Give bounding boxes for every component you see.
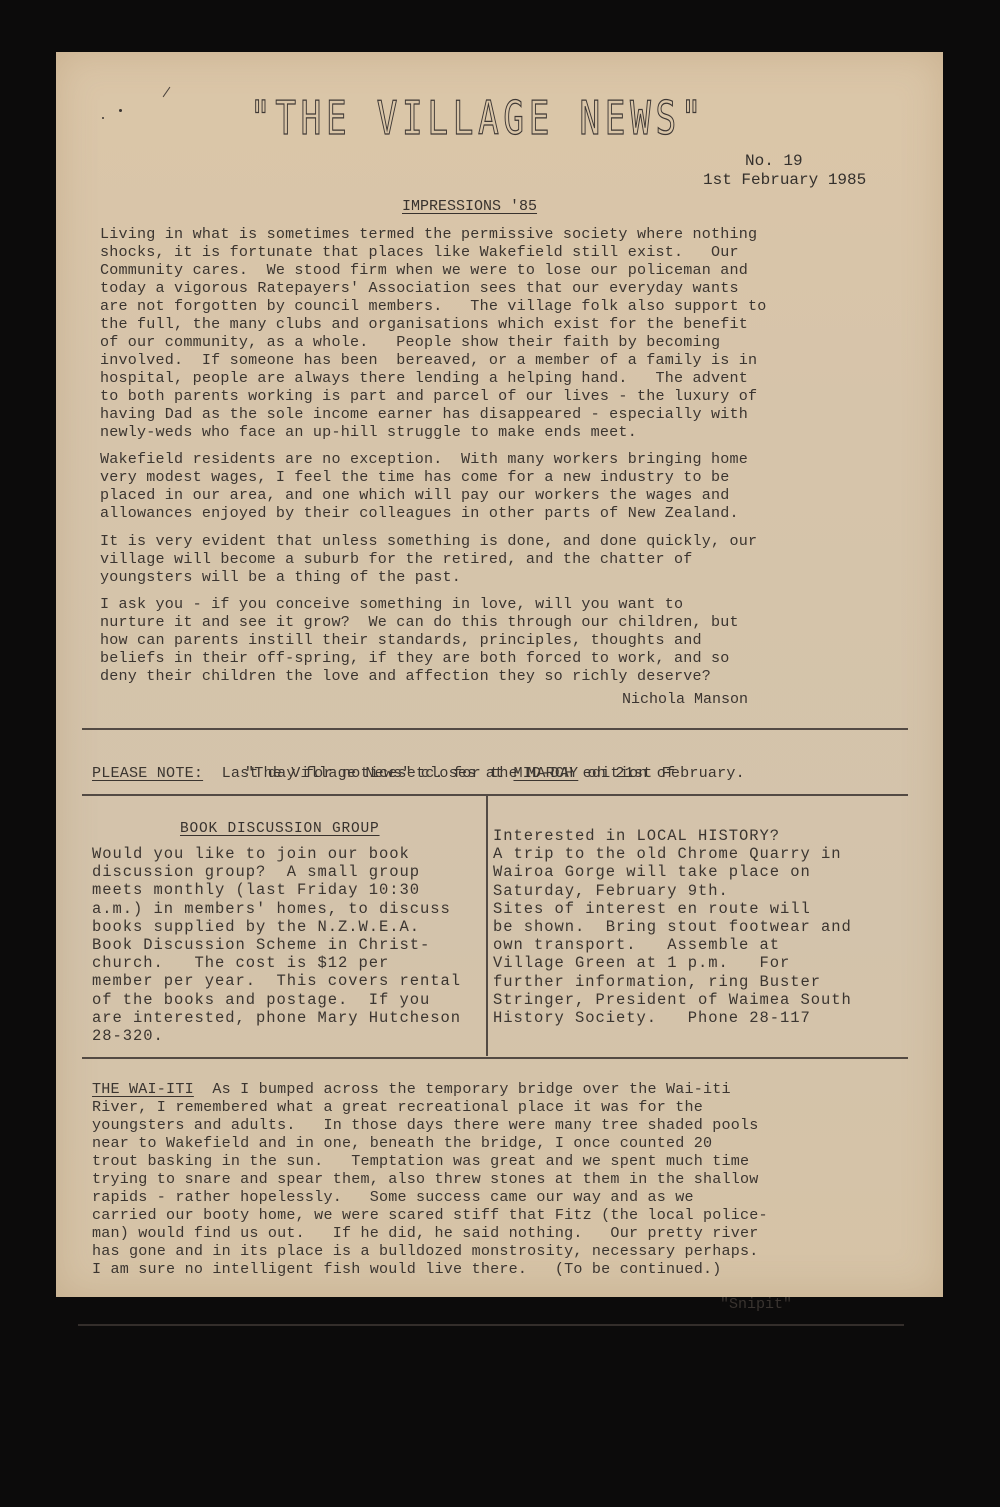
please-note-text: "The Village News" closes at	[245, 764, 513, 782]
wai-iti-first-line-text: As I bumped across the temporary bridge …	[194, 1080, 731, 1098]
impressions-paragraph-4: I ask you - if you conceive something in…	[100, 595, 739, 685]
impressions-paragraph-2: Wakefield residents are no exception. Wi…	[100, 450, 748, 522]
mid-day-emphasis: MID-DAY	[513, 764, 578, 782]
impressions-paragraph-3: It is very evident that unless something…	[100, 532, 757, 586]
local-history-body: Interested in LOCAL HISTORY? A trip to t…	[493, 827, 852, 1027]
wai-iti-body: River, I remembered what a great recreat…	[92, 1098, 768, 1278]
divider-rule	[78, 1324, 904, 1326]
please-note-line-2: "The Village News" closes at MID-DAY on …	[245, 764, 745, 782]
please-note-label: PLEASE NOTE:	[92, 764, 203, 782]
newsletter-title: "THE VILLAGE NEWS"	[250, 92, 609, 146]
wai-iti-heading: THE WAI-ITI	[92, 1080, 194, 1098]
issue-number: No. 19	[745, 152, 803, 170]
book-group-heading: BOOK DISCUSSION GROUP	[180, 820, 380, 838]
ink-speck	[102, 117, 104, 119]
wai-iti-author: "Snipit"	[720, 1296, 792, 1313]
ink-speck	[119, 109, 122, 112]
issue-info: No. 19 1st February 1985	[745, 152, 866, 190]
impressions-author: Nichola Manson	[622, 691, 748, 708]
book-group-body: Would you like to join our book discussi…	[92, 845, 461, 1045]
wai-iti-first-line: THE WAI-ITI As I bumped across the tempo…	[92, 1080, 731, 1098]
divider-rule	[82, 1057, 908, 1059]
divider-rule	[82, 794, 908, 796]
column-divider	[486, 796, 488, 1056]
impressions-paragraph-1: Living in what is sometimes termed the p…	[100, 225, 767, 441]
impressions-heading: IMPRESSIONS '85	[402, 198, 537, 215]
please-note-text-end: on 21st February.	[578, 764, 745, 782]
divider-rule	[82, 728, 908, 730]
issue-date: 1st February 1985	[703, 171, 866, 190]
